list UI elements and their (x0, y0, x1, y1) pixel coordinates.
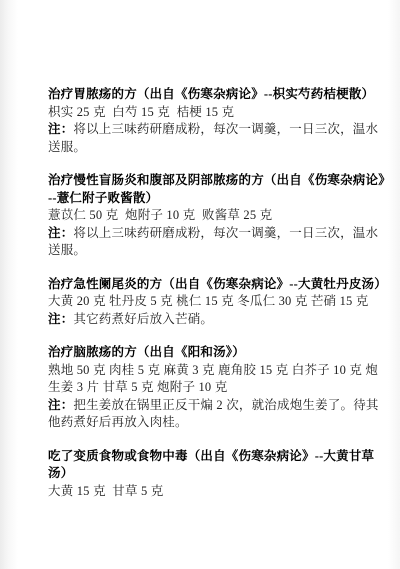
ingredient-line: 熟地 50 克 肉桂 5 克 麻黄 3 克 鹿角胶 15 克 白芥子 10 克 … (48, 362, 372, 380)
recipe-ingredients: 枳实 25 克 白芍 15 克 桔梗 15 克 (48, 104, 372, 122)
note-line: 注：其它药煮好后放入芒硝。 (48, 311, 372, 329)
recipe-ingredients: 熟地 50 克 肉桂 5 克 麻黄 3 克 鹿角胶 15 克 白芥子 10 克 … (48, 362, 372, 397)
recipe-title-line: 汤） (48, 465, 372, 483)
note-label: 注： (48, 226, 73, 240)
note-line: 送服。 (48, 139, 372, 157)
recipe-ingredients: 大黄 20 克 牡丹皮 5 克 桃仁 15 克 冬瓜仁 30 克 芒硝 15 克 (48, 293, 372, 311)
document-page: 治疗胃脓疡的方（出自《伤寒杂病论》--枳实芍药桔梗散） 枳实 25 克 白芍 1… (0, 0, 400, 569)
recipe-title-line: 治疗脑脓疡的方（出自《阳和汤》） (48, 344, 372, 362)
note-line: 注：把生姜放在锅里正反干煸 2 次，就治成炮生姜了。待其 (48, 397, 372, 415)
ingredient-line: 生姜 3 片 甘草 5 克 炮附子 10 克 (48, 379, 372, 397)
recipe-title: 治疗胃脓疡的方（出自《伤寒杂病论》--枳实芍药桔梗散） (48, 86, 372, 104)
recipes-list: 治疗胃脓疡的方（出自《伤寒杂病论》--枳实芍药桔梗散） 枳实 25 克 白芍 1… (48, 86, 372, 516)
recipe-section: 治疗急性阑尾炎的方（出自《伤寒杂病论》--大黄牡丹皮汤） 大黄 20 克 牡丹皮… (48, 276, 372, 329)
recipe-title-line: 治疗急性阑尾炎的方（出自《伤寒杂病论》--大黄牡丹皮汤） (48, 276, 372, 294)
note-label: 注： (48, 122, 73, 136)
recipe-note: 注：其它药煮好后放入芒硝。 (48, 311, 372, 329)
recipe-title: 吃了变质食物或食物中毒（出自《伤寒杂病论》--大黄甘草汤） (48, 448, 372, 483)
note-line: 注：将以上三味药研磨成粉，每次一调羹，一日三次，温水 (48, 225, 372, 243)
note-label: 注： (48, 398, 73, 412)
note-line: 送服。 (48, 242, 372, 260)
recipe-title-line: 治疗胃脓疡的方（出自《伤寒杂病论》--枳实芍药桔梗散） (48, 86, 372, 104)
recipe-title: 治疗急性阑尾炎的方（出自《伤寒杂病论》--大黄牡丹皮汤） (48, 276, 372, 294)
recipe-note: 注：将以上三味药研磨成粉，每次一调羹，一日三次，温水送服。 (48, 121, 372, 156)
recipe-note: 注：将以上三味药研磨成粉，每次一调羹，一日三次，温水送服。 (48, 225, 372, 260)
recipe-title-line: 吃了变质食物或食物中毒（出自《伤寒杂病论》--大黄甘草 (48, 448, 372, 466)
recipe-title-line: --薏仁附子败酱散） (48, 190, 372, 208)
ingredient-line: 枳实 25 克 白芍 15 克 桔梗 15 克 (48, 104, 372, 122)
recipe-section: 治疗慢性盲肠炎和腹部及阴部脓疡的方（出自《伤寒杂病论》--薏仁附子败酱散） 薏苡… (48, 172, 372, 260)
ingredient-line: 大黄 20 克 牡丹皮 5 克 桃仁 15 克 冬瓜仁 30 克 芒硝 15 克 (48, 293, 372, 311)
ingredient-line: 薏苡仁 50 克 炮附子 10 克 败酱草 25 克 (48, 207, 372, 225)
recipe-title-line: 治疗慢性盲肠炎和腹部及阴部脓疡的方（出自《伤寒杂病论》 (48, 172, 372, 190)
recipe-note: 注：把生姜放在锅里正反干煸 2 次，就治成炮生姜了。待其他药煮好后再放入肉桂。 (48, 397, 372, 432)
recipe-title: 治疗脑脓疡的方（出自《阳和汤》） (48, 344, 372, 362)
recipe-title: 治疗慢性盲肠炎和腹部及阴部脓疡的方（出自《伤寒杂病论》--薏仁附子败酱散） (48, 172, 372, 207)
recipe-ingredients: 大黄 15 克 甘草 5 克 (48, 483, 372, 501)
recipe-section: 吃了变质食物或食物中毒（出自《伤寒杂病论》--大黄甘草汤） 大黄 15 克 甘草… (48, 448, 372, 501)
recipe-section: 治疗胃脓疡的方（出自《伤寒杂病论》--枳实芍药桔梗散） 枳实 25 克 白芍 1… (48, 86, 372, 156)
note-line: 他药煮好后再放入肉桂。 (48, 414, 372, 432)
recipe-section: 治疗脑脓疡的方（出自《阳和汤》） 熟地 50 克 肉桂 5 克 麻黄 3 克 鹿… (48, 344, 372, 432)
note-label: 注： (48, 312, 73, 326)
recipe-ingredients: 薏苡仁 50 克 炮附子 10 克 败酱草 25 克 (48, 207, 372, 225)
note-line: 注：将以上三味药研磨成粉，每次一调羹，一日三次，温水 (48, 121, 372, 139)
ingredient-line: 大黄 15 克 甘草 5 克 (48, 483, 372, 501)
